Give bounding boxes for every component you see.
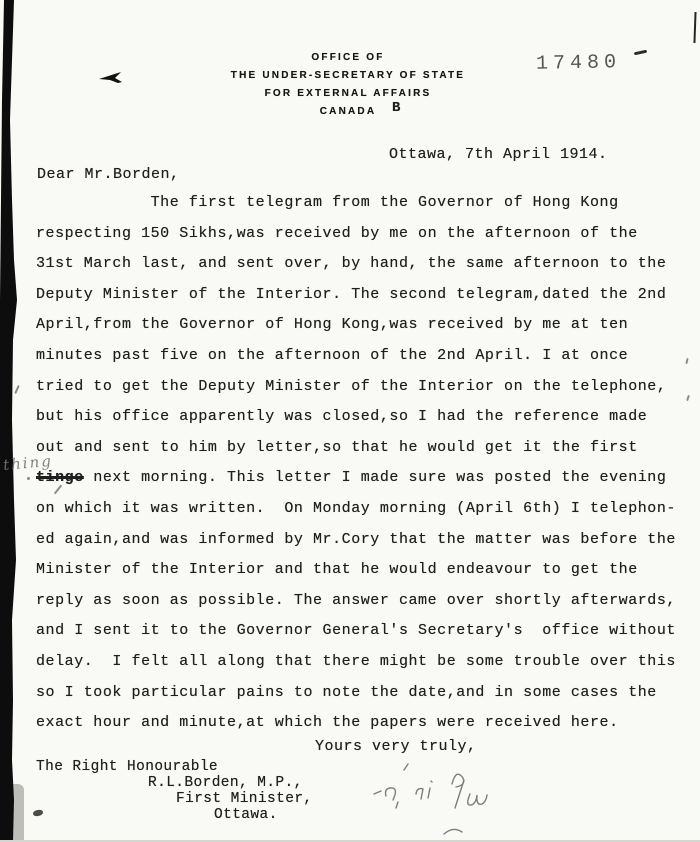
scan-edge-bar (0, 0, 24, 842)
arrow-mark-icon (99, 71, 125, 85)
letterhead-line: FOR EXTERNAL AFFAIRS (228, 85, 468, 103)
recipient-line: Ottawa. (214, 807, 278, 823)
body-line: minutes past five on the afternoon of th… (36, 341, 692, 372)
salutation: Dear Mr.Borden, (37, 166, 180, 183)
scan-corner-line (693, 12, 696, 43)
body-line: The first telegram from the Governor of … (36, 188, 692, 219)
recipient-line: First Minister, (176, 791, 313, 807)
pencil-dash-mark (634, 50, 647, 56)
recipient-line: The Right Honourable (36, 759, 218, 775)
body-line: Minister of the Interior and that he wou… (36, 555, 692, 586)
body-line: delay. I felt all along that there might… (36, 647, 692, 678)
body-line: and I sent it to the Governor General's … (36, 616, 692, 647)
body-line: Deputy Minister of the Interior. The sec… (36, 280, 692, 311)
body-line: exact hour and minute,at which the paper… (36, 708, 692, 739)
body-line: but his office apparently was closed,so … (36, 402, 692, 433)
letterhead: OFFICE OF THE UNDER-SECRETARY OF STATE F… (228, 49, 468, 121)
typed-b-annotation: B (392, 100, 400, 116)
registry-stamp-number: 17480 (536, 51, 621, 75)
body-line: tinge next morning. This letter I made s… (36, 463, 692, 494)
body-line: April,from the Governor of Hong Kong,was… (36, 310, 692, 341)
letterhead-line: CANADA (228, 103, 468, 121)
body-line: ed again,and was informed by Mr.Cory tha… (36, 525, 692, 556)
pencil-tick (27, 477, 30, 480)
body-line: tried to get the Deputy Minister of the … (36, 372, 692, 403)
body-line: reply as soon as possible. The answer ca… (36, 586, 692, 617)
date-line: Ottawa, 7th April 1914. (389, 146, 608, 163)
body-line: respecting 150 Sikhs,was received by me … (36, 219, 692, 250)
scanned-letter-page: OFFICE OF THE UNDER-SECRETARY OF STATE F… (0, 0, 700, 842)
recipient-line: R.L.Borden, M.P., (148, 775, 303, 791)
letterhead-line: OFFICE OF (228, 49, 468, 67)
letterhead-line: THE UNDER-SECRETARY OF STATE (228, 67, 468, 85)
signature-handwriting (368, 754, 528, 840)
body-line: on which it was written. On Monday morni… (36, 494, 692, 525)
valediction: Yours very truly, (315, 738, 477, 755)
body-line: 31st March last, and sent over, by hand,… (36, 249, 692, 280)
ink-blob-mark (33, 809, 44, 816)
body-line: out and sent to him by letter,so that he… (36, 433, 692, 464)
body-line: so I took particular pains to note the d… (36, 678, 692, 709)
letter-body: The first telegram from the Governor of … (36, 188, 692, 739)
